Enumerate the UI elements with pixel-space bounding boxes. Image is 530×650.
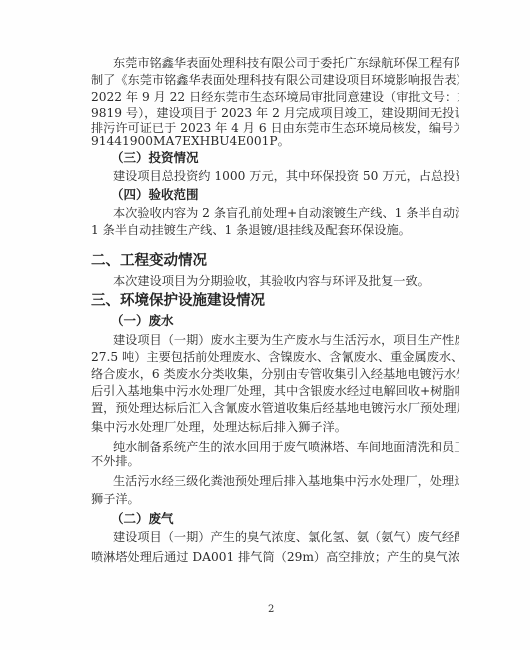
section-heading-exhaust-gas: （二）废气: [111, 510, 174, 527]
chapter-heading-env-facilities: 三、环境保护设施建设情况: [91, 292, 265, 311]
paragraph-line: 1 条半自动挂镀生产线、1 条退镀/退挂线及配套环保设施。: [91, 222, 459, 239]
paragraph-line: 络合废水，6 类废水分类收集，分别由专管收集引入经基地电镀污水处理厂处理: [91, 366, 459, 383]
document-page: 东莞市铭鑫华表面处理科技有限公司于委托广东绿航环保工程有限公司编 制了《东莞市铭…: [0, 0, 530, 650]
paragraph-line: 不外排。: [91, 453, 459, 470]
section-heading-investment: （三）投资情况: [111, 149, 199, 166]
page-number: 2: [268, 604, 274, 615]
paragraph-line: 建设项目总投资约 1000 万元，其中环保投资 50 万元，占总投资 5%。: [113, 168, 459, 185]
paragraph-line: 建设项目（一期）废水主要为生产废水与生活污水，项目生产性废水（每日: [113, 332, 459, 349]
paragraph-line: 置，预处理达标后汇入含氰废水管道收集后经基地电镀污水厂预处理后纳入基地: [91, 400, 459, 417]
chapter-heading-changes: 二、工程变动情况: [91, 252, 207, 271]
section-heading-scope: （四）验收范围: [111, 186, 199, 203]
paragraph-line: 后引入基地集中污水处理厂处理，其中含银废水经过电解回收+树脂吸附处理装: [91, 383, 459, 400]
paragraph-line: 制了《东莞市铭鑫华表面处理科技有限公司建设项目环境影响报告表》，并于: [91, 72, 459, 89]
paragraph-line: 建设项目（一期）产生的臭气浓度、氯化氢、氨（氨气）废气经配套的碱液: [113, 529, 459, 546]
paragraph-line: 喷淋塔处理后通过 DA001 排气筒（29m）高空排放；产生的臭气浓度、碱雾、: [91, 549, 459, 566]
paragraph-line: 集中污水处理厂处理，处理达标后排入狮子洋。: [91, 419, 459, 436]
section-heading-wastewater: （一）废水: [111, 312, 174, 329]
paragraph-line: 本次验收内容为 2 条盲孔前处理+自动滚镀生产线、1 条半自动滚镀生产线、: [113, 205, 459, 222]
paragraph-line: 狮子洋。: [91, 491, 459, 508]
paragraph-line: 本次建设项目为分期验收，其验收内容与环评及批复一致。: [113, 273, 459, 290]
paragraph-line: 2022 年 9 月 22 日经东莞市生态环境局审批同意建设（审批文号：东环建〔…: [91, 89, 459, 106]
paragraph-line: 生活污水经三级化粪池预处理后排入基地集中污水处理厂，处理达标后排入: [113, 473, 459, 490]
paragraph-line: 27.5 吨）主要包括前处理废水、含镍废水、含氰废水、重金属废水、化学镍废水: [91, 349, 459, 366]
paragraph-line: 东莞市铭鑫华表面处理科技有限公司于委托广东绿航环保工程有限公司编: [113, 55, 459, 72]
permit-number-line: 91441900MA7EXHBU4E001P。: [91, 133, 459, 150]
